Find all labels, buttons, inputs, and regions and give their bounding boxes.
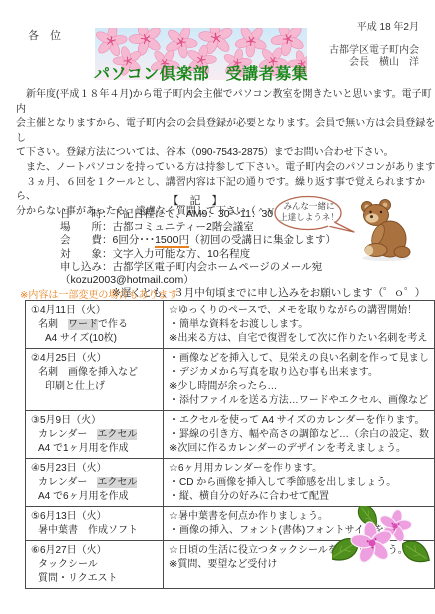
highlighted-keyword: ワード (68, 319, 98, 330)
session-desc-cell: ☆ゆっくりのペースで、メモを取りながらの講習開始！・簡単な資料をお渡しします。※… (164, 301, 435, 349)
table-row: ②4月25日（火）名刺 画像を挿入など印刷と仕上げ・画像などを挿入して、見栄えの… (26, 349, 435, 411)
intro-line: 新年度(平成１８年４月)から電子町内会主催でパソコン教室を開きたいと思います。電… (16, 88, 435, 117)
session-date-cell: ⑤6月13日（火）暑中葉書 作成ソフト (26, 507, 164, 541)
recipient-label: 各 位 (28, 27, 61, 43)
table-row: ①4月11日（火）名刺 ワードで作るA4 サイズ(10枚)☆ゆっくりのペースで、… (26, 301, 435, 349)
header-right-block: 平成 18 年2月 古都学区電子町内会 会長 横山 洋 (329, 22, 419, 69)
page-title: パソコン倶楽部 受講者募集 (94, 61, 310, 84)
teddy-bear-image (344, 198, 422, 267)
highlighted-keyword: エクセル (97, 477, 137, 488)
pink-flowers-icon (332, 506, 432, 570)
organization-name: 古都学区電子町内会 (329, 45, 419, 57)
session-desc-cell: ・画像などを挿入して、見栄えの良い名刺を作って見ましょう。・デジカメから写真を取… (164, 349, 435, 411)
president-name: 会長 横山 洋 (329, 57, 419, 69)
teddy-bear-icon (344, 198, 422, 262)
bubble-text: みんな一緒に 上達しようネ！ (274, 201, 344, 223)
pink-flowers-image (332, 506, 432, 575)
session-date-cell: ①4月11日（火）名刺 ワードで作るA4 サイズ(10枚) (26, 301, 164, 349)
intro-line: て下さい。登録方法については、谷本（090-7543-2875）までお問い合わせ… (16, 146, 435, 161)
issue-date: 平成 18 年2月 (329, 22, 419, 34)
session-desc-cell: ・エクセルを使って A4 サイズのカレンダーを作ります。・罫線の引き方、幅や高さ… (164, 411, 435, 459)
change-disclaimer: ※内容は一部変更の場合もあります (20, 286, 178, 301)
fee-amount: 1500円 (155, 234, 189, 248)
highlighted-keyword: エクセル (97, 429, 137, 440)
intro-line: 会主催となりますから、電子町内会の会員登録が必要となります。会員で無い方は会員登… (16, 117, 435, 146)
flyer-page: 各 位 平成 18 年2月 古都学区電子町内会 会長 横山 洋 (0, 0, 435, 614)
table-row: ③5月9日（火）カレンダー エクセルA4 で1ヶ月用を作成・エクセルを使って A… (26, 411, 435, 459)
session-date-cell: ⑥6月27日（火）タックシール質問・リクエスト (26, 541, 164, 589)
session-date-cell: ②4月25日（火）名刺 画像を挿入など印刷と仕上げ (26, 349, 164, 411)
session-date-cell: ④5月23日（火）カレンダー エクセルA4 で6ヶ月用を作成 (26, 459, 164, 507)
session-desc-cell: ☆6ヶ月用カレンダーを作ります。・CD から画像を挿入して季節感を出しましょう。… (164, 459, 435, 507)
intro-line: また、ノートパソコンを持っている方は持参して下さい。電子町内会のパソコンがありま… (16, 161, 435, 176)
table-row: ④5月23日（火）カレンダー エクセルA4 で6ヶ月用を作成☆6ヶ月用カレンダー… (26, 459, 435, 507)
session-date-cell: ③5月9日（火）カレンダー エクセルA4 で1ヶ月用を作成 (26, 411, 164, 459)
